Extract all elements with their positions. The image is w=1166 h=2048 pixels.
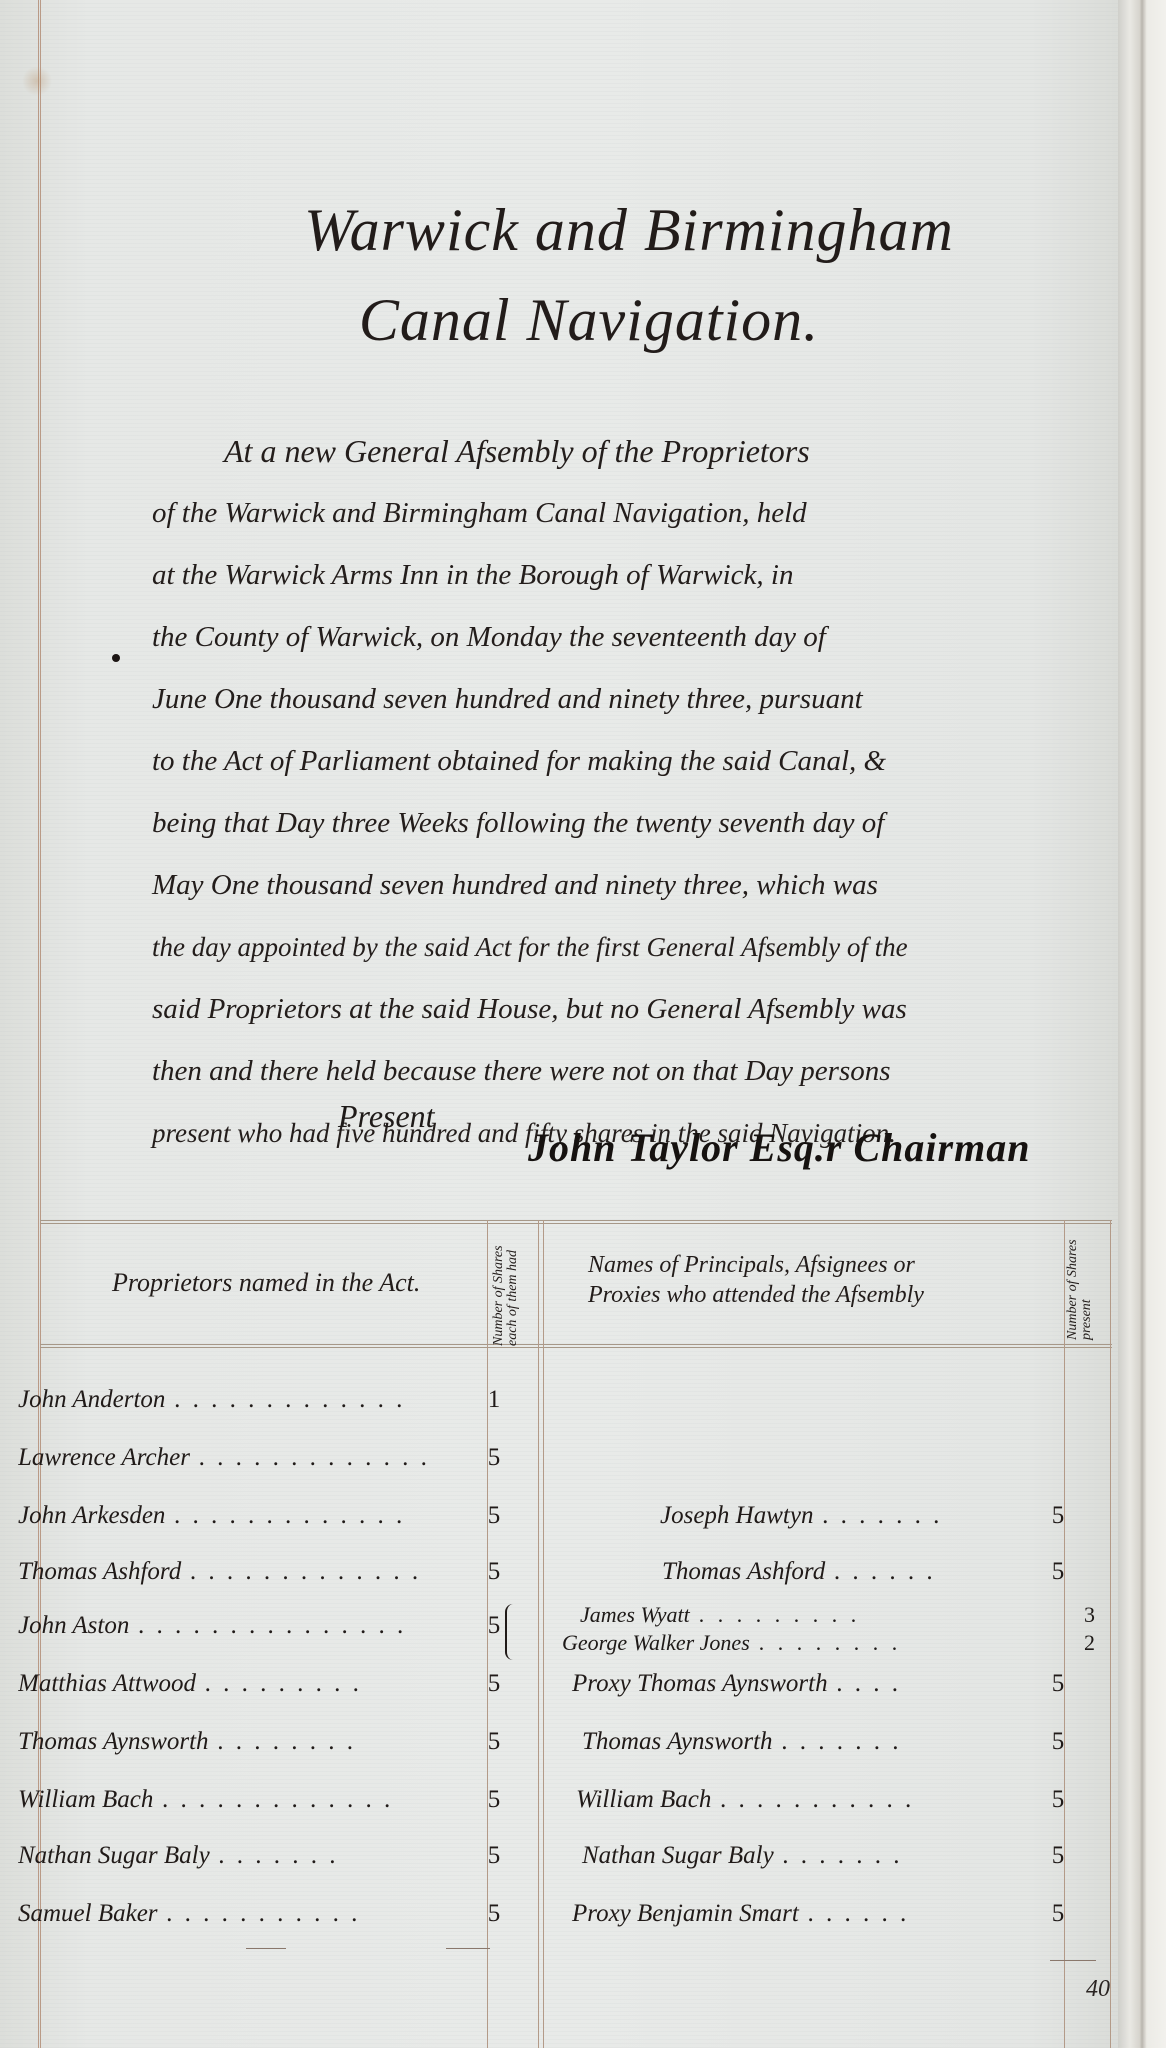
attendee-shares: 5 xyxy=(1048,1728,1068,1756)
tick-mark xyxy=(246,1948,286,1949)
table-top-rule xyxy=(40,1220,1112,1224)
attendee-name: Thomas Ashford . . . . . . xyxy=(662,1558,936,1586)
attendee-name: George Walker Jones . . . . . . . . xyxy=(562,1630,902,1656)
attendee-shares: 5 xyxy=(1048,1786,1068,1814)
book-page-edge xyxy=(1118,0,1166,2048)
table-row: Thomas Aynsworth . . . . . . . . 5 Thoma… xyxy=(0,1728,1072,1768)
header-shares-each: Number of Shares each of them had xyxy=(492,1230,520,1346)
proprietor-shares: 5 xyxy=(482,1728,506,1756)
attendee-shares: 5 xyxy=(1048,1670,1068,1698)
grouping-brace xyxy=(505,1604,519,1660)
attendee-name: William Bach . . . . . . . . . . . xyxy=(576,1786,915,1814)
attendee-name: Proxy Thomas Aynsworth . . . . xyxy=(572,1670,902,1698)
attendee-name: Thomas Aynsworth . . . . . . . xyxy=(582,1728,902,1756)
proprietor-shares: 5 xyxy=(482,1612,506,1640)
attendee-shares: 3 xyxy=(1084,1602,1095,1628)
present-label: Present xyxy=(338,1098,435,1135)
proprietor-name: Lawrence Archer . . . . . . . . . . . . … xyxy=(18,1444,443,1472)
proprietor-name: Samuel Baker . . . . . . . . . . . xyxy=(18,1900,443,1928)
table-row: Lawrence Archer . . . . . . . . . . . . … xyxy=(0,1444,1072,1484)
header-attendees-line-1: Names of Principals, Afsignees or xyxy=(588,1250,924,1280)
proprietor-shares: 5 xyxy=(482,1786,506,1814)
page-title-line-1: Warwick and Birmingham xyxy=(70,196,1166,265)
subtotal-rule xyxy=(446,1948,490,1949)
minutes-paragraph: At a new General Afsembly of the Proprie… xyxy=(152,420,1112,1164)
proprietor-name: John Aston . . . . . . . . . . . . . . . xyxy=(18,1612,443,1640)
minutes-line: then and there held because there were n… xyxy=(152,1040,1112,1102)
proprietor-name: Thomas Ashford . . . . . . . . . . . . . xyxy=(18,1558,443,1586)
header-attendees: Names of Principals, Afsignees or Proxie… xyxy=(588,1250,924,1310)
attendee-name: James Wyatt . . . . . . . . . xyxy=(580,1602,861,1628)
minutes-line: At a new General Afsembly of the Proprie… xyxy=(152,420,1112,482)
proprietor-name: John Arkesden . . . . . . . . . . . . . xyxy=(18,1502,443,1530)
total-shares-present: 40 xyxy=(1086,1976,1110,2003)
table-row: John Arkesden . . . . . . . . . . . . . … xyxy=(0,1502,1072,1542)
minutes-line: June One thousand seven hundred and nine… xyxy=(152,668,1112,730)
ink-blot xyxy=(112,654,120,662)
total-rule xyxy=(1050,1960,1096,1961)
page-title-line-2: Canal Navigation. xyxy=(30,286,1148,355)
minutes-line: the County of Warwick, on Monday the sev… xyxy=(152,606,1112,668)
chairman-signature: John Taylor Esq.r Chairman xyxy=(528,1124,1030,1171)
header-proprietors: Proprietors named in the Act. xyxy=(112,1268,420,1298)
proprietor-name: Matthias Attwood . . . . . . . . . xyxy=(18,1670,443,1698)
proprietor-name: John Anderton . . . . . . . . . . . . . xyxy=(18,1386,443,1414)
proprietor-shares: 5 xyxy=(482,1670,506,1698)
attendee-name: Nathan Sugar Baly . . . . . . . xyxy=(582,1842,903,1870)
proprietor-shares: 5 xyxy=(482,1558,506,1586)
attendee-shares: 5 xyxy=(1048,1558,1068,1586)
table-row: Matthias Attwood . . . . . . . . . 5 Pro… xyxy=(0,1670,1072,1710)
proprietor-shares: 5 xyxy=(482,1444,506,1472)
minutes-line: May One thousand seven hundred and ninet… xyxy=(152,854,1112,916)
minutes-line: to the Act of Parliament obtained for ma… xyxy=(152,730,1112,792)
table-row: Thomas Ashford . . . . . . . . . . . . .… xyxy=(0,1558,1072,1598)
table-row: Nathan Sugar Baly . . . . . . . 5 Nathan… xyxy=(0,1842,1072,1882)
table-row: John Anderton . . . . . . . . . . . . . … xyxy=(0,1386,1072,1426)
table-row: John Aston . . . . . . . . . . . . . . .… xyxy=(0,1612,1072,1652)
attendee-shares: 5 xyxy=(1048,1842,1068,1870)
minutes-line: being that Day three Weeks following the… xyxy=(152,792,1112,854)
minutes-line: of the Warwick and Birmingham Canal Navi… xyxy=(152,482,1112,544)
header-shares-present: Number of Shares present xyxy=(1066,1222,1094,1340)
proprietor-name: Nathan Sugar Baly . . . . . . . xyxy=(18,1842,443,1870)
table-row: Samuel Baker . . . . . . . . . . . 5 Pro… xyxy=(0,1900,1072,1940)
minutes-line: the day appointed by the said Act for th… xyxy=(152,916,1112,978)
proprietor-name: Thomas Aynsworth . . . . . . . . xyxy=(18,1728,443,1756)
header-attendees-line-2: Proxies who attended the Afsembly xyxy=(588,1280,924,1310)
paper-stain xyxy=(22,66,52,96)
minutes-line: at the Warwick Arms Inn in the Borough o… xyxy=(152,544,1112,606)
attendee-name: Joseph Hawtyn . . . . . . . xyxy=(660,1502,943,1530)
proprietor-shares: 5 xyxy=(482,1842,506,1870)
manuscript-page: Warwick and Birmingham Canal Navigation.… xyxy=(0,0,1118,2048)
proprietor-shares: 1 xyxy=(482,1386,506,1414)
column-rule xyxy=(1110,1220,1111,2048)
table-row: William Bach . . . . . . . . . . . . . 5… xyxy=(0,1786,1072,1826)
attendee-shares: 5 xyxy=(1048,1900,1068,1928)
attendee-shares: 2 xyxy=(1084,1630,1095,1656)
minutes-line: said Proprietors at the said House, but … xyxy=(152,978,1112,1040)
attendee-name: Proxy Benjamin Smart . . . . . . xyxy=(572,1900,910,1928)
proprietor-shares: 5 xyxy=(482,1502,506,1530)
proprietor-shares: 5 xyxy=(482,1900,506,1928)
table-header-rule xyxy=(40,1344,1112,1348)
proprietor-name: William Bach . . . . . . . . . . . . . xyxy=(18,1786,443,1814)
attendee-shares: 5 xyxy=(1048,1502,1068,1530)
